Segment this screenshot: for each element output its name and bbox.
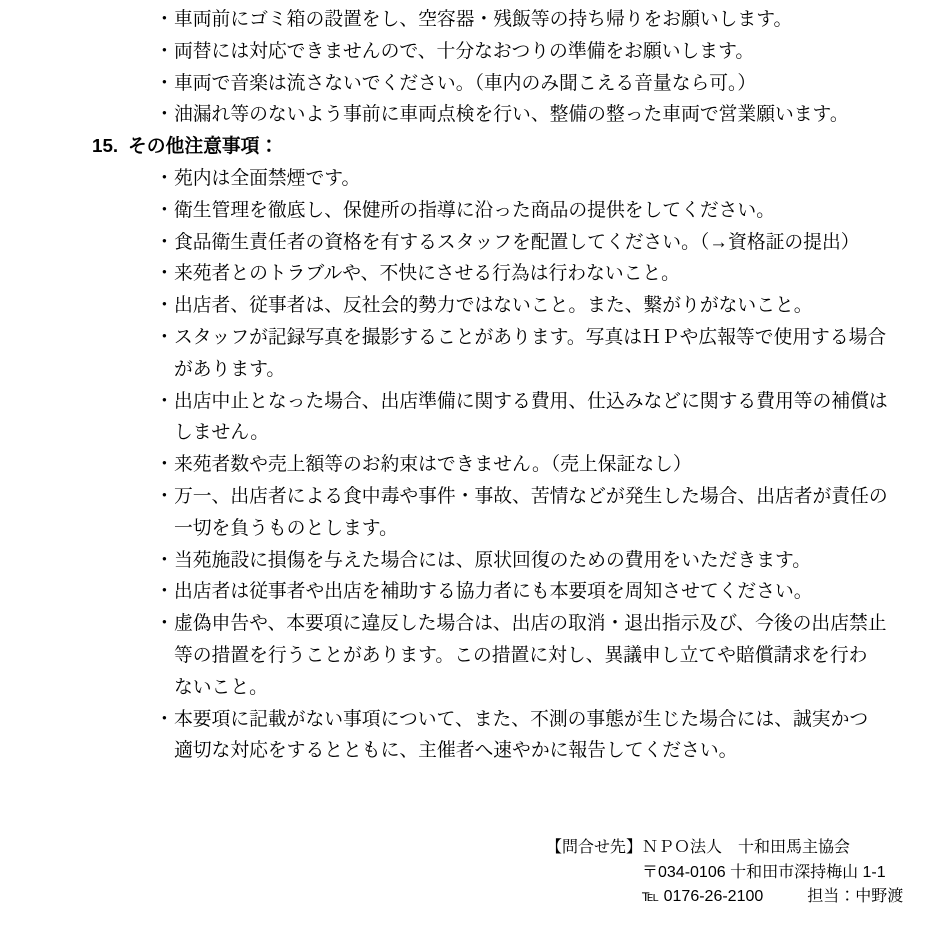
list-item-text: 虚偽申告や、本要項に違反した場合は、出店の取消・退出指示及び、今後の出店禁止 等… <box>174 607 887 702</box>
bullet-marker: ・ <box>155 3 174 35</box>
list-item-text: 当苑施設に損傷を与えた場合には、原状回復のための費用をいただきます。 <box>174 544 811 576</box>
list-item-text: 出店者、従事者は、反社会的勢力ではないこと。また、繋がりがないこと。 <box>174 289 813 321</box>
list-item-text: 油漏れ等のないよう事前に車両点検を行い、整備の整った車両で営業願います。 <box>174 98 849 130</box>
contact-details: 〒034-0106 十和田市深持梅山 1-1 ℡ 0176-26-2100担当：… <box>642 861 903 910</box>
contact-person: 担当：中野渡 <box>807 888 903 905</box>
contact-tel: ℡ 0176-26-2100 <box>642 888 763 905</box>
contact-tel-line: ℡ 0176-26-2100担当：中野渡 <box>642 885 903 910</box>
list-item-text: 車両で音楽は流さないでください。（車内のみ聞こえる音量なら可。） <box>174 67 756 99</box>
bullet-marker: ・ <box>155 607 174 639</box>
list-item: ・ 車両前にゴミ箱の設置をし、空容器・残飯等の持ち帰りをお願いします。 <box>155 3 950 35</box>
list-item: ・ 車両で音楽は流さないでください。（車内のみ聞こえる音量なら可。） <box>155 67 950 99</box>
section-number: 15. <box>92 130 128 162</box>
list-item: ・ 両替には対応できませんので、十分なおつりの準備をお願いします。 <box>155 35 950 67</box>
bullet-marker: ・ <box>155 35 174 67</box>
bullet-marker: ・ <box>155 67 174 99</box>
bullet-marker: ・ <box>155 194 174 226</box>
bullet-marker: ・ <box>155 703 174 735</box>
document-page: ・ 車両前にゴミ箱の設置をし、空容器・残飯等の持ち帰りをお願いします。 ・ 両替… <box>0 0 950 950</box>
list-item: ・ 苑内は全面禁煙です。 <box>155 162 950 194</box>
intro-bullet-list: ・ 車両前にゴミ箱の設置をし、空容器・残飯等の持ち帰りをお願いします。 ・ 両替… <box>0 3 950 130</box>
bullet-marker: ・ <box>155 448 174 480</box>
section-heading: 15.その他注意事項： <box>92 130 950 162</box>
list-item: ・ 万一、出店者による食中毒や事件・事故、苦情などが発生した場合、出店者が責任の… <box>155 480 950 544</box>
list-item: ・ 来苑者とのトラブルや、不快にさせる行為は行わないこと。 <box>155 257 950 289</box>
list-item-text: 両替には対応できませんので、十分なおつりの準備をお願いします。 <box>174 35 754 67</box>
list-item-text: 本要項に記載がない事項について、また、不測の事態が生じた場合には、誠実かつ 適切… <box>174 703 868 767</box>
bullet-marker: ・ <box>155 226 174 258</box>
list-item-text: 万一、出店者による食中毒や事件・事故、苦情などが発生した場合、出店者が責任の 一… <box>174 480 888 544</box>
bullet-marker: ・ <box>155 385 174 417</box>
list-item-text: 来苑者数や売上額等のお約束はできません。（売上保証なし） <box>174 448 692 480</box>
list-item: ・ 衛生管理を徹底し、保健所の指導に沿った商品の提供をしてください。 <box>155 194 950 226</box>
bullet-marker: ・ <box>155 575 174 607</box>
list-item: ・ 本要項に記載がない事項について、また、不測の事態が生じた場合には、誠実かつ … <box>155 703 950 767</box>
contact-block: 【問合せ先】ＮＰＯ法人 十和田馬主協会 〒034-0106 十和田市深持梅山 1… <box>546 836 903 910</box>
list-item-text: 食品衛生責任者の資格を有するスタッフを配置してください。（→資格証の提出） <box>174 226 860 258</box>
list-item-text: 車両前にゴミ箱の設置をし、空容器・残飯等の持ち帰りをお願いします。 <box>174 3 792 35</box>
list-item: ・ スタッフが記録写真を撮影することがあります。写真はＨＰや広報等で使用する場合… <box>155 321 950 385</box>
list-item: ・ 当苑施設に損傷を与えた場合には、原状回復のための費用をいただきます。 <box>155 544 950 576</box>
bullet-marker: ・ <box>155 162 174 194</box>
bullet-marker: ・ <box>155 257 174 289</box>
section-title: その他注意事項： <box>128 135 278 156</box>
bullet-marker: ・ <box>155 480 174 512</box>
list-item-text: 出店者は従事者や出店を補助する協力者にも本要項を周知させてください。 <box>174 575 813 607</box>
bullet-marker: ・ <box>155 544 174 576</box>
list-item: ・ 虚偽申告や、本要項に違反した場合は、出店の取消・退出指示及び、今後の出店禁止… <box>155 607 950 702</box>
bullet-marker: ・ <box>155 289 174 321</box>
list-item: ・ 出店者、従事者は、反社会的勢力ではないこと。また、繋がりがないこと。 <box>155 289 950 321</box>
list-item-text: 出店中止となった場合、出店準備に関する費用、仕込みなどに関する費用等の補償は し… <box>174 385 888 449</box>
list-item-text: 衛生管理を徹底し、保健所の指導に沿った商品の提供をしてください。 <box>174 194 775 226</box>
notes-bullet-list: ・ 苑内は全面禁煙です。 ・ 衛生管理を徹底し、保健所の指導に沿った商品の提供を… <box>0 162 950 766</box>
contact-address: 〒034-0106 十和田市深持梅山 1-1 <box>642 861 903 886</box>
list-item: ・ 食品衛生責任者の資格を有するスタッフを配置してください。（→資格証の提出） <box>155 226 950 258</box>
list-item-text: 苑内は全面禁煙です。 <box>174 162 360 194</box>
list-item: ・ 来苑者数や売上額等のお約束はできません。（売上保証なし） <box>155 448 950 480</box>
contact-heading: 【問合せ先】ＮＰＯ法人 十和田馬主協会 <box>546 836 903 861</box>
list-item: ・ 油漏れ等のないよう事前に車両点検を行い、整備の整った車両で営業願います。 <box>155 98 950 130</box>
list-item: ・ 出店者は従事者や出店を補助する協力者にも本要項を周知させてください。 <box>155 575 950 607</box>
bullet-marker: ・ <box>155 98 174 130</box>
list-item-text: 来苑者とのトラブルや、不快にさせる行為は行わないこと。 <box>174 257 680 289</box>
bullet-marker: ・ <box>155 321 174 353</box>
list-item: ・ 出店中止となった場合、出店準備に関する費用、仕込みなどに関する費用等の補償は… <box>155 385 950 449</box>
list-item-text: スタッフが記録写真を撮影することがあります。写真はＨＰや広報等で使用する場合 が… <box>174 321 886 385</box>
